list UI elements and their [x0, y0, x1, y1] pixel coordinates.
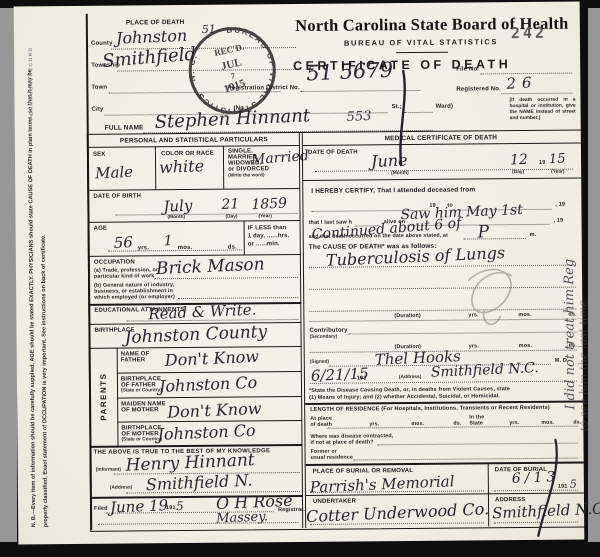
registered-no-value: 26	[506, 73, 538, 92]
title-rule	[396, 52, 448, 54]
occupation-label: OCCUPATION	[94, 259, 135, 267]
contracted-label-2: if not at place of death?	[310, 439, 373, 446]
former-label-2: usual residence	[311, 455, 353, 462]
margin-note-line2: properly classified. Exact statement of …	[39, 47, 49, 527]
if-less-label-3: or ......min.	[248, 241, 280, 248]
color-race-value: white	[159, 156, 205, 177]
registration-district-line	[300, 89, 420, 92]
registrar-label: Registrar.	[278, 507, 305, 514]
dod-day-value: 12	[510, 152, 529, 169]
dob-month-caption: (Month)	[167, 215, 185, 220]
age-months-value: 1	[163, 233, 173, 249]
date-of-burial-value: 6/13	[511, 469, 559, 487]
house-number-value: 553	[346, 109, 371, 125]
age-label: AGE	[94, 226, 108, 233]
county-label: County	[91, 41, 113, 48]
occupation-b-label-3: which employed (or employer)	[94, 294, 175, 301]
secondary-caption: (Secondary)	[310, 335, 338, 341]
city-st-label: St.;	[392, 104, 402, 111]
signed-caption: (Signed)	[310, 360, 329, 365]
date-of-death-label: DATE OF DEATH	[308, 149, 358, 157]
dob-day-caption: (Day)	[225, 215, 237, 220]
parents-label: PARENTS	[99, 373, 108, 421]
city-label: City	[92, 107, 104, 114]
page-number-stamp: 242	[511, 24, 547, 42]
file-no-label: File No.	[456, 66, 479, 73]
registered-no-label: Registered No.	[456, 86, 501, 94]
if-less-label-1: IF LESS than	[248, 225, 287, 233]
informant-address-caption: (Address)	[110, 485, 132, 490]
date-of-birth-label: DATE OF BIRTH	[93, 193, 141, 201]
dod-month-value: June	[371, 150, 408, 171]
if-less-label-2: 1 day, ......hrs.	[248, 233, 290, 241]
dod-month-caption: (Month)	[391, 171, 409, 176]
father-birthplace-caption: (State or Country)	[121, 388, 162, 394]
bureau-subtitle: BUREAU OF VITAL STATISTICS	[344, 37, 498, 47]
scanner-margin-right	[588, 8, 600, 542]
personal-section-title: PERSONAL AND STATISTICAL PARTICULARS	[120, 136, 268, 145]
signed-address-caption: (Address)	[399, 375, 421, 380]
mother-name-label-2: OF MOTHER	[121, 407, 158, 415]
dob-year-value: 1859	[251, 195, 287, 213]
margin-faint-record-text: — P E R M A N E N T R E C O R D	[28, 16, 35, 126]
city-st-line	[405, 111, 433, 113]
sex-label: SEX	[93, 152, 106, 159]
father-name-label-2: FATHER	[121, 357, 146, 364]
mother-birthplace-caption: (State or Country)	[121, 437, 162, 443]
dob-year-caption: (Year)	[258, 214, 271, 219]
dod-year-printed: 19	[539, 160, 545, 167]
dod-day-caption: (Day)	[512, 170, 524, 175]
scanned-death-certificate: N. B.—Every item of information should b…	[0, 0, 600, 557]
certificate-paper: N. B.—Every item of information should b…	[14, 2, 585, 545]
received-stamp: BUREAU OF VITAL STATISTICS · N. C. · REC…	[175, 14, 289, 128]
sex-value: Male	[95, 163, 134, 183]
side-handwritten-note-2: to see him the last time	[575, 131, 591, 431]
death-m-label: m.	[530, 232, 537, 239]
dob-day-value: 21	[221, 196, 240, 213]
death-time-p: P	[477, 222, 489, 242]
medical-section-title: MEDICAL CERTIFICATE OF DEATH	[385, 134, 498, 143]
marital-caption: (Write the word)	[228, 173, 264, 179]
occupation-a-label-2: particular kind of work	[94, 273, 154, 280]
dob-month-value: July	[163, 196, 193, 215]
city-ward-label: Ward)	[436, 104, 454, 111]
certify-statement: I HEREBY CERTIFY, That I attended deceas…	[311, 186, 475, 195]
full-name-label: FULL NAME	[105, 124, 144, 132]
town-label: Town	[91, 85, 107, 92]
